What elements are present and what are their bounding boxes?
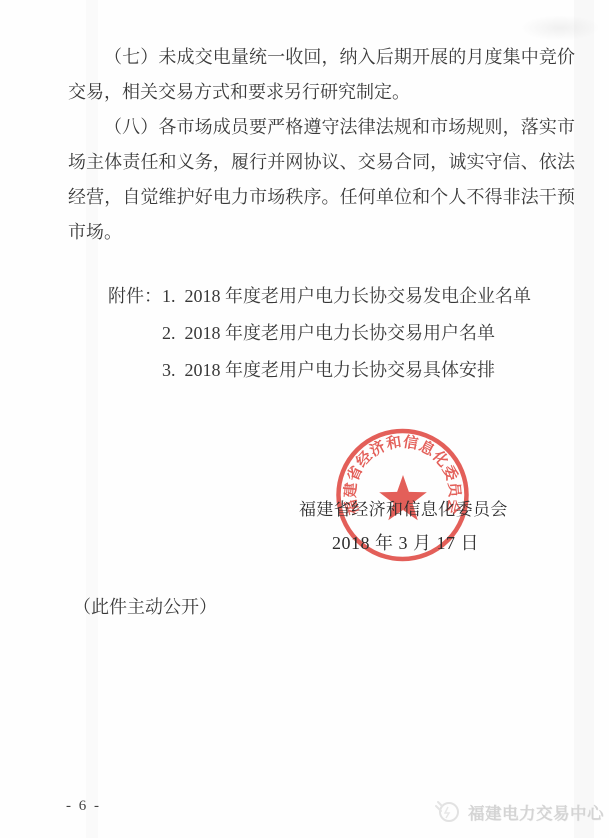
attachment-item-text: 1. 2018 年度老用户电力长协交易发电企业名单: [162, 286, 531, 306]
page-number: - 6 -: [66, 798, 101, 815]
paragraph-7: （七）未成交电量统一收回，纳入后期开展的月度集中竞价交易，相关交易方式和要求另行…: [68, 40, 575, 110]
attachment-item: 附件：1. 2018 年度老用户电力长协交易发电企业名单: [108, 278, 531, 315]
attachment-item: 2. 2018 年度老用户电力长协交易用户名单: [108, 315, 531, 352]
document-body: （七）未成交电量统一收回，纳入后期开展的月度集中竞价交易，相关交易方式和要求另行…: [68, 40, 575, 250]
public-disclosure-note: （此件主动公开）: [73, 597, 217, 619]
attachment-item-text: 2. 2018 年度老用户电力长协交易用户名单: [162, 323, 495, 343]
document-page: （七）未成交电量统一收回，纳入后期开展的月度集中竞价交易，相关交易方式和要求另行…: [0, 0, 609, 838]
trading-center-logo-icon: [433, 798, 461, 825]
signature-date: 2018 年 3 月 17 日: [332, 533, 479, 555]
watermark-text: 福建电力交易中心: [468, 800, 604, 824]
attachment-item: 3. 2018 年度老用户电力长协交易具体安排: [108, 352, 531, 389]
scan-artifact-smudge: [520, 15, 600, 41]
signature-authority: 福建省经济和信息化委员会: [299, 500, 508, 520]
paragraph-8: （八）各市场成员要严格遵守法律法规和市场规则，落实市场主体责任和义务，履行并网协…: [68, 110, 575, 250]
scan-artifact-streak: [574, 0, 594, 838]
attachments-list: 附件：1. 2018 年度老用户电力长协交易发电企业名单 2. 2018 年度老…: [108, 278, 531, 389]
attachments-label: 附件：: [108, 286, 162, 306]
watermark: 福建电力交易中心: [433, 798, 604, 825]
attachment-item-text: 3. 2018 年度老用户电力长协交易具体安排: [162, 360, 495, 380]
